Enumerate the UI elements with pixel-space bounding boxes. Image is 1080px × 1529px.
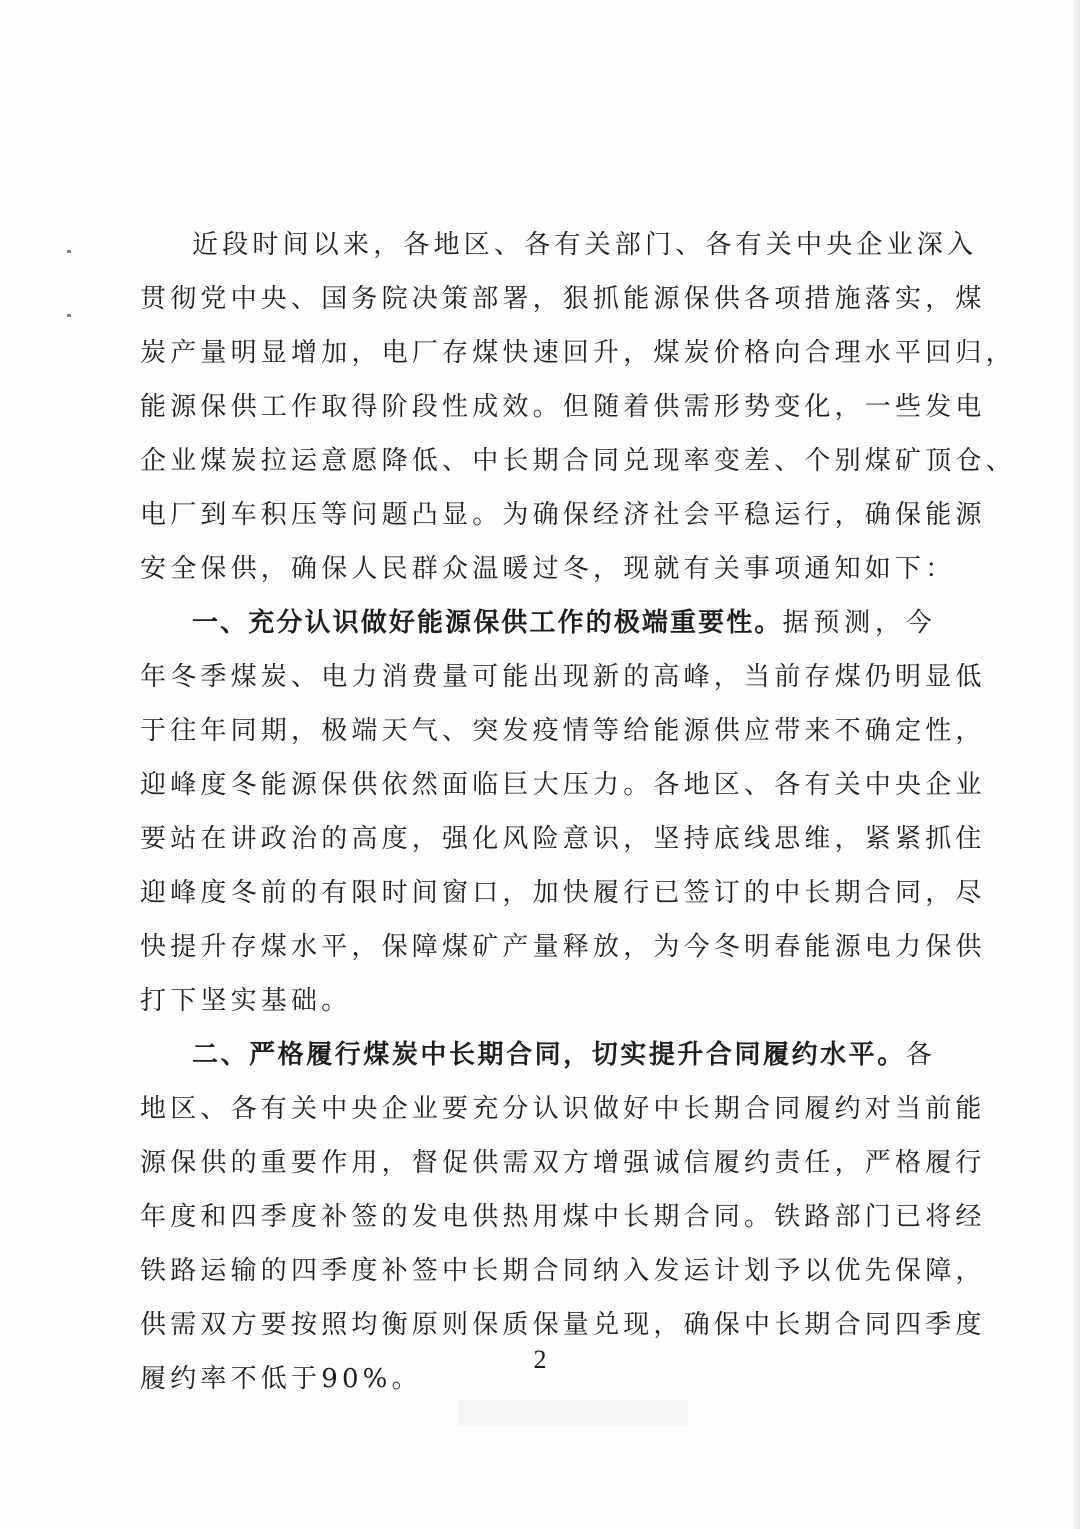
- text-run: 各: [906, 1040, 936, 1070]
- text-line: 打下坚实基础。: [140, 978, 936, 1032]
- section-heading-line: 二、严格履行煤炭中长期合同，切实提升合同履约水平。各: [140, 1032, 936, 1086]
- text-line: 源保供的重要作用，督促供需双方增强诚信履约责任，严格履行: [140, 1140, 936, 1194]
- text-line: 电厂到车积压等问题凸显。为确保经济社会平稳运行，确保能源: [140, 492, 936, 546]
- text-line: 贯彻党中央、国务院决策部署，狠抓能源保供各项措施落实，煤: [140, 276, 936, 330]
- text-run: 据预测，今: [783, 608, 936, 638]
- text-line: 年冬季煤炭、电力消费量可能出现新的高峰，当前存煤仍明显低: [140, 654, 936, 708]
- text-line: 铁路运输的四季度补签中长期合同纳入发运计划予以优先保障，: [140, 1248, 936, 1302]
- text-line: 要站在讲政治的高度，强化风险意识，坚持底线思维，紧紧抓住: [140, 816, 936, 870]
- text-line: 炭产量明显增加，电厂存煤快速回升，煤炭价格向合理水平回归，: [140, 330, 936, 384]
- binding-hole-mark: [67, 250, 71, 253]
- document-page: 近段时间以来，各地区、各有关部门、各有关中央企业深入 贯彻党中央、国务院决策部署…: [0, 0, 1080, 1529]
- page-number: 2: [0, 1345, 1080, 1375]
- text-line: 安全保供，确保人民群众温暖过冬，现就有关事项通知如下：: [140, 546, 936, 600]
- document-body: 近段时间以来，各地区、各有关部门、各有关中央企业深入 贯彻党中央、国务院决策部署…: [140, 222, 936, 1410]
- section-heading: 一、充分认识做好能源保供工作的极端重要性。: [192, 608, 783, 638]
- section-heading: 二、严格履行煤炭中长期合同，切实提升合同履约水平。: [192, 1040, 906, 1070]
- text-line: 迎峰度冬前的有限时间窗口，加快履行已签订的中长期合同，尽: [140, 870, 936, 924]
- text-line: 于往年同期，极端天气、突发疫情等给能源供应带来不确定性，: [140, 708, 936, 762]
- text-line: 迎峰度冬能源保供依然面临巨大压力。各地区、各有关中央企业: [140, 762, 936, 816]
- text-line: 年度和四季度补签的发电供热用煤中长期合同。铁路部门已将经: [140, 1194, 936, 1248]
- page-edge-shadow: [1074, 0, 1080, 1529]
- text-line: 近段时间以来，各地区、各有关部门、各有关中央企业深入: [140, 222, 936, 276]
- text-line: 企业煤炭拉运意愿降低、中长期合同兑现率变差、个别煤矿顶仓、: [140, 438, 936, 492]
- text-line: 快提升存煤水平，保障煤矿产量释放，为今冬明春能源电力保供: [140, 924, 936, 978]
- text-line: 能源保供工作取得阶段性成效。但随着供需形势变化，一些发电: [140, 384, 936, 438]
- section-heading-line: 一、充分认识做好能源保供工作的极端重要性。据预测，今: [140, 600, 936, 654]
- scan-artifact: [458, 1400, 688, 1426]
- text-line: 地区、各有关中央企业要充分认识做好中长期合同履约对当前能: [140, 1086, 936, 1140]
- binding-hole-mark: [67, 314, 71, 317]
